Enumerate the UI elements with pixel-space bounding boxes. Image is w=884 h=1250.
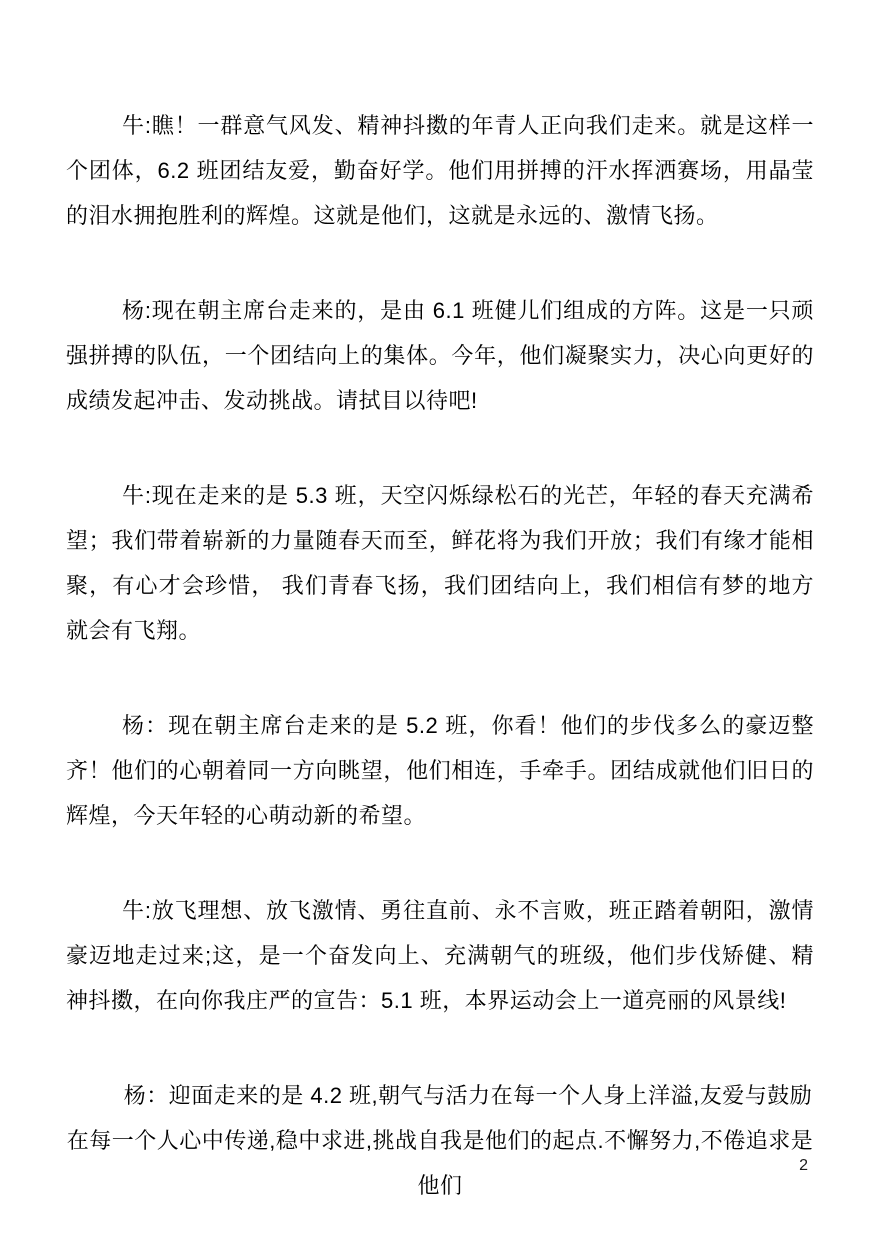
dialogue-text: 现在朝主席台走来的是 5.2 班，你看！他们的步伐多么的豪迈整齐！他们的心朝着同…: [66, 713, 814, 828]
dialogue-paragraph: 杨：现在朝主席台走来的是 5.2 班，你看！他们的步伐多么的豪迈整齐！他们的心朝…: [66, 703, 814, 838]
dialogue-text: 现在走来的是 5.3 班，天空闪烁绿松石的光芒，年轻的春天充满希望；我们带着崭新…: [66, 483, 814, 643]
document-page: 牛:瞧！一群意气风发、精神抖擞的年青人正向我们走来。就是这样一个团体，6.2 班…: [0, 0, 884, 1250]
dialogue-paragraph: 牛:放飞理想、放飞激情、勇往直前、永不言败，班正踏着朝阳，激情豪迈地走过来;这，…: [66, 888, 814, 1023]
speaker-label: 杨：: [122, 713, 168, 738]
dialogue-paragraph: 杨：迎面走来的是 4.2 班,朝气与活力在每一个人身上洋溢,友爱与鼓励在每一个人…: [66, 1073, 814, 1208]
speaker-label: 杨：: [124, 1083, 169, 1108]
speaker-label: 杨:: [122, 298, 151, 323]
dialogue-paragraph: 杨:现在朝主席台走来的，是由 6.1 班健儿们组成的方阵。这是一只顽强拼搏的队伍…: [66, 288, 814, 423]
dialogue-paragraph: 牛:现在走来的是 5.3 班，天空闪烁绿松石的光芒，年轻的春天充满希望；我们带着…: [66, 473, 814, 653]
speaker-label: 牛:: [122, 113, 151, 138]
page-number: 2: [799, 1156, 808, 1176]
speaker-label: 牛:: [122, 898, 151, 923]
dialogue-text: 现在朝主席台走来的，是由 6.1 班健儿们组成的方阵。这是一只顽强拼搏的队伍，一…: [66, 298, 814, 413]
dialogue-text: 放飞理想、放飞激情、勇往直前、永不言败，班正踏着朝阳，激情豪迈地走过来;这，是一…: [66, 898, 814, 1013]
dialogue-paragraph: 牛:瞧！一群意气风发、精神抖擞的年青人正向我们走来。就是这样一个团体，6.2 班…: [66, 103, 814, 238]
dialogue-text: 迎面走来的是 4.2 班,朝气与活力在每一个人身上洋溢,友爱与鼓励在每一个人心中…: [67, 1083, 813, 1198]
speaker-label: 牛:: [122, 483, 151, 508]
dialogue-text: 瞧！一群意气风发、精神抖擞的年青人正向我们走来。就是这样一个团体，6.2 班团结…: [66, 113, 814, 228]
